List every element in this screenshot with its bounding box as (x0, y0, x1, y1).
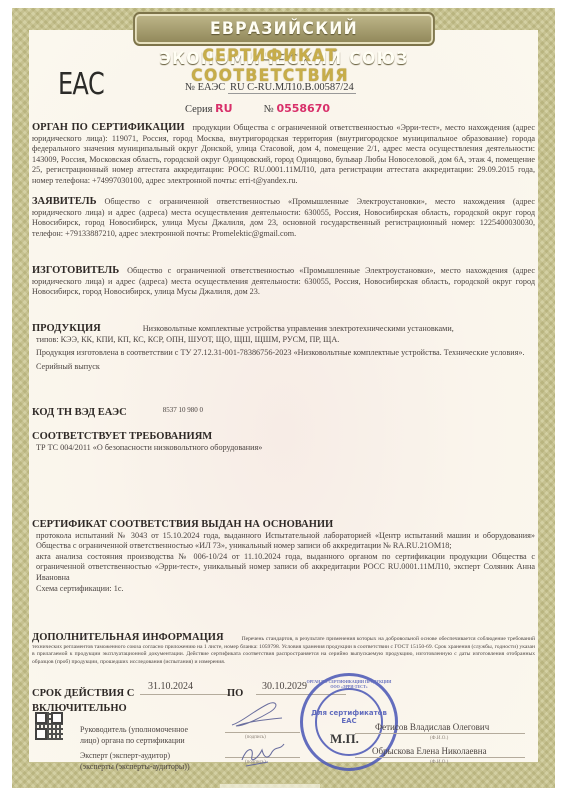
blank-number-label: № (264, 104, 274, 115)
certification-body-section: ОРГАН ПО СЕРТИФИКАЦИИпродукции Общества … (32, 123, 535, 187)
name-caption-1: (Ф.И.О.) (430, 736, 448, 741)
requirements-section: СООТВЕТСТВУЕТ ТРЕБОВАНИЯМ ТР ТС 004/2011… (32, 432, 535, 453)
validity-to-label: ПО (227, 688, 243, 699)
requirements-label: СООТВЕТСТВУЕТ ТРЕБОВАНИЯМ (32, 432, 535, 443)
product-line-2: типов: КЭЭ, КК, КПИ, КП, КС, КСР, ОПН, Ш… (32, 335, 535, 346)
validity-date-to: 30.10.2029 (262, 681, 307, 692)
product-line-1: Низковольтные комплектные устройства упр… (143, 324, 454, 333)
basis-para-2: акта анализа состояния производства № 00… (32, 552, 535, 584)
head-label: Руководитель (уполномоченное лицо) орган… (80, 724, 188, 746)
product-line-3: Продукция изготовлена в соответствии с Т… (32, 348, 535, 359)
head-signature-icon (230, 700, 285, 730)
basis-para-1: протокола испытаний № 3043 от 15.10.2024… (32, 531, 535, 552)
validity-date-from: 31.10.2024 (148, 681, 193, 692)
manufacturer-label: ИЗГОТОВИТЕЛЬ (32, 265, 119, 276)
tn-ved-value: 8537 10 980 0 (163, 406, 203, 414)
expert-label: Эксперт (эксперт-аудитор) (эксперты (экс… (80, 750, 190, 772)
validity-from-label: СРОК ДЕЙСТВИЯ С (32, 688, 134, 699)
stamp-ring-text: ОРГАН ПО СЕРТИФИКАЦИИ ПРОДУКЦИИ ООО «ЭРР… (303, 679, 395, 689)
union-title-banner: ЕВРАЗИЙСКИЙ ЭКОНОМИЧЕСКИЙ СОЮЗ (133, 12, 435, 46)
series-value: RU (215, 102, 232, 115)
manufacturer-section: ИЗГОТОВИТЕЛЬОбщество с ограниченной отве… (32, 266, 535, 298)
requirements-text: ТР ТС 004/2011 «О безопасности низковоль… (32, 443, 535, 454)
series-label: Серия (185, 104, 213, 115)
product-label: ПРОДУКЦИЯ (32, 323, 101, 334)
applicant-label: ЗАЯВИТЕЛЬ (32, 196, 97, 207)
additional-info-label: ДОПОЛНИТЕЛЬНАЯ ИНФОРМАЦИЯ (32, 632, 224, 643)
eac-logo-icon: ЕАС (58, 67, 104, 102)
validity-section: СРОК ДЕЙСТВИЯ С (32, 688, 134, 699)
applicant-text: Общество с ограниченной ответственностью… (32, 197, 535, 238)
number-value: RU С-RU.МЛ10.В.00587/24 (228, 82, 356, 94)
product-section: ПРОДУКЦИЯНизковольтные комплектные устро… (32, 324, 535, 372)
certificate-number: № ЕАЭС RU С-RU.МЛ10.В.00587/24 (185, 82, 356, 93)
basis-label: СЕРТИФИКАТ СООТВЕТСТВИЯ ВЫДАН НА ОСНОВАН… (32, 520, 535, 531)
name-caption-2: (Ф.И.О.) (430, 760, 448, 765)
certificate-title: СЕРТИФИКАТ СООТВЕТСТВИЯ (160, 46, 381, 86)
certification-body-label: ОРГАН ПО СЕРТИФИКАЦИИ (32, 122, 185, 133)
basis-section: СЕРТИФИКАТ СООТВЕТСТВИЯ ВЫДАН НА ОСНОВАН… (32, 520, 535, 594)
basis-scheme: Схема сертификации: 1с. (32, 584, 535, 595)
head-name: Фетисов Владислав Олегович (375, 722, 489, 733)
product-line-4: Серийный выпуск (32, 362, 535, 373)
expert-signature-icon (238, 740, 288, 768)
applicant-section: ЗАЯВИТЕЛЬОбщество с ограниченной ответст… (32, 197, 535, 239)
series-row: Серия RU № 0558670 (185, 102, 330, 115)
blank-number-value: 0558670 (276, 102, 330, 115)
expert-name: Обрыскова Елена Николаевна (372, 746, 487, 757)
qr-code-icon (35, 712, 63, 740)
footer-strip (220, 784, 320, 788)
additional-info-section: ДОПОЛНИТЕЛЬНАЯ ИНФОРМАЦИЯПеречень станда… (32, 634, 535, 666)
tn-ved-label: КОД ТН ВЭД ЕАЭС (32, 407, 127, 418)
tn-ved-section: КОД ТН ВЭД ЕАЭС8537 10 980 0 (32, 405, 535, 419)
number-label: № ЕАЭС (185, 82, 225, 93)
